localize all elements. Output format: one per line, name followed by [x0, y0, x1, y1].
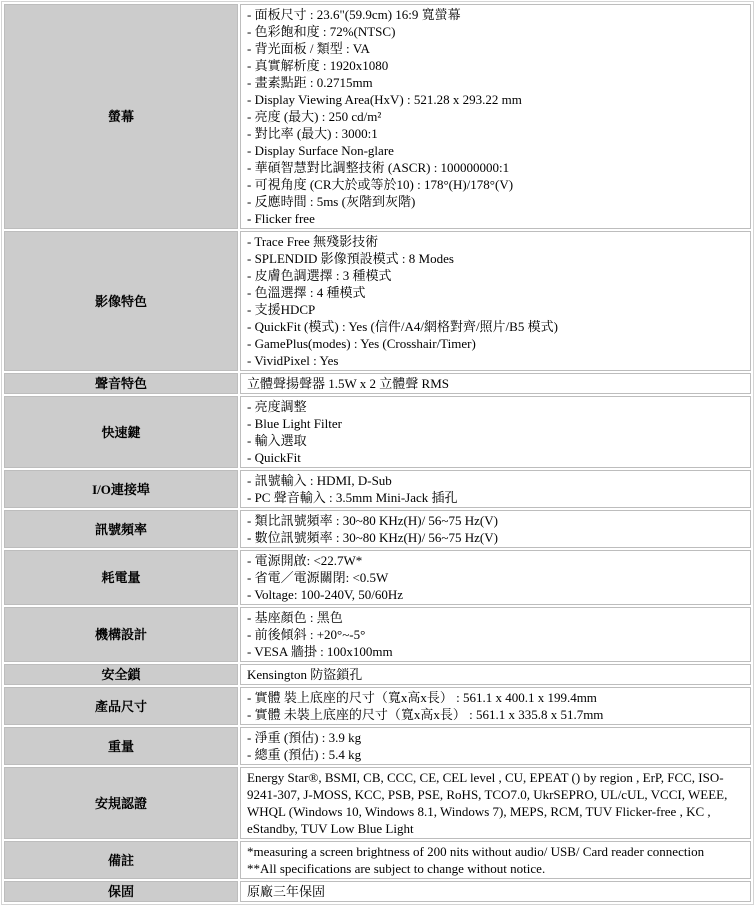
spec-category-label: 訊號頻率	[4, 510, 238, 548]
spec-line: - VividPixel : Yes	[247, 352, 744, 369]
spec-value-cell: - 面板尺寸 : 23.6"(59.9cm) 16:9 寬螢幕 - 色彩飽和度 …	[240, 4, 751, 229]
spec-line: - Display Viewing Area(HxV) : 521.28 x 2…	[247, 91, 744, 108]
spec-row-warranty: 保固 原廠三年保固	[4, 881, 751, 902]
spec-row-compliance: 安規認證 Energy Star®, BSMI, CB, CCC, CE, CE…	[4, 767, 751, 839]
spec-row-screen: 螢幕 - 面板尺寸 : 23.6"(59.9cm) 16:9 寬螢幕 - 色彩飽…	[4, 4, 751, 229]
spec-value-cell: - 實體 裝上底座的尺寸（寬x高x長） : 561.1 x 400.1 x 19…	[240, 687, 751, 725]
spec-line: - 皮膚色調選擇 : 3 種模式	[247, 267, 744, 284]
spec-value-cell: - 類比訊號頻率 : 30~80 KHz(H)/ 56~75 Hz(V) - 數…	[240, 510, 751, 548]
spec-line: - 前後傾斜 : +20°~-5°	[247, 626, 744, 643]
spec-value-cell: 立體聲揚聲器 1.5W x 2 立體聲 RMS	[240, 373, 751, 394]
spec-line: Energy Star®, BSMI, CB, CCC, CE, CEL lev…	[247, 769, 744, 837]
spec-line: - 實體 未裝上底座的尺寸（寬x高x長） : 561.1 x 335.8 x 5…	[247, 706, 744, 723]
spec-value-cell: - Trace Free 無殘影技術 - SPLENDID 影像預設模式 : 8…	[240, 231, 751, 371]
spec-value-cell: Energy Star®, BSMI, CB, CCC, CE, CEL lev…	[240, 767, 751, 839]
spec-line: - SPLENDID 影像預設模式 : 8 Modes	[247, 250, 744, 267]
spec-row-hotkeys: 快速鍵 - 亮度調整 - Blue Light Filter - 輸入選取 - …	[4, 396, 751, 468]
spec-line: - 淨重 (預估) : 3.9 kg	[247, 729, 744, 746]
spec-page: 螢幕 - 面板尺寸 : 23.6"(59.9cm) 16:9 寬螢幕 - 色彩飽…	[0, 0, 755, 906]
spec-line: - 電源開啟: <22.7W*	[247, 552, 744, 569]
spec-value-cell: - 電源開啟: <22.7W* - 省電／電源關閉: <0.5W - Volta…	[240, 550, 751, 605]
spec-line: - 類比訊號頻率 : 30~80 KHz(H)/ 56~75 Hz(V)	[247, 512, 744, 529]
spec-row-io-ports: I/O連接埠 - 訊號輸入 : HDMI, D-Sub - PC 聲音輸入 : …	[4, 470, 751, 508]
spec-line: - 畫素點距 : 0.2715mm	[247, 74, 744, 91]
spec-row-security-lock: 安全鎖 Kensington 防盜鎖孔	[4, 664, 751, 685]
spec-line: - QuickFit	[247, 449, 744, 466]
spec-value-cell: - 亮度調整 - Blue Light Filter - 輸入選取 - Quic…	[240, 396, 751, 468]
spec-category-label: 快速鍵	[4, 396, 238, 468]
spec-line: 原廠三年保固	[247, 883, 744, 900]
spec-row-power-consumption: 耗電量 - 電源開啟: <22.7W* - 省電／電源關閉: <0.5W - V…	[4, 550, 751, 605]
spec-category-label: 螢幕	[4, 4, 238, 229]
spec-line: - GamePlus(modes) : Yes (Crosshair/Timer…	[247, 335, 744, 352]
spec-line: - Trace Free 無殘影技術	[247, 233, 744, 250]
spec-line: - 可視角度 (CR大於或等於10) : 178°(H)/178°(V)	[247, 176, 744, 193]
spec-category-label: 保固	[4, 881, 238, 902]
spec-line: - 數位訊號頻率 : 30~80 KHz(H)/ 56~75 Hz(V)	[247, 529, 744, 546]
spec-category-label: 聲音特色	[4, 373, 238, 394]
spec-value-cell: *measuring a screen brightness of 200 ni…	[240, 841, 751, 879]
spec-line: - 華碩智慧對比調整技術 (ASCR) : 100000000:1	[247, 159, 744, 176]
spec-category-label: 安規認證	[4, 767, 238, 839]
spec-line: **All specifications are subject to chan…	[247, 860, 744, 877]
spec-category-label: 產品尺寸	[4, 687, 238, 725]
spec-line: - 支援HDCP	[247, 301, 744, 318]
spec-value-cell: Kensington 防盜鎖孔	[240, 664, 751, 685]
spec-row-mechanical-design: 機構設計 - 基座顏色 : 黑色 - 前後傾斜 : +20°~-5° - VES…	[4, 607, 751, 662]
spec-line: - PC 聲音輸入 : 3.5mm Mini-Jack 插孔	[247, 489, 744, 506]
spec-line: - 反應時間 : 5ms (灰階到灰階)	[247, 193, 744, 210]
spec-row-notes: 備註 *measuring a screen brightness of 200…	[4, 841, 751, 879]
spec-row-audio-features: 聲音特色 立體聲揚聲器 1.5W x 2 立體聲 RMS	[4, 373, 751, 394]
spec-category-label: 重量	[4, 727, 238, 765]
spec-category-label: 機構設計	[4, 607, 238, 662]
spec-line: - 色溫選擇 : 4 種模式	[247, 284, 744, 301]
spec-line: *measuring a screen brightness of 200 ni…	[247, 843, 744, 860]
spec-line: Kensington 防盜鎖孔	[247, 666, 744, 683]
spec-line: - 總重 (預估) : 5.4 kg	[247, 746, 744, 763]
spec-line: - Voltage: 100-240V, 50/60Hz	[247, 586, 744, 603]
spec-line: - 對比率 (最大) : 3000:1	[247, 125, 744, 142]
spec-category-label: 耗電量	[4, 550, 238, 605]
spec-row-video-features: 影像特色 - Trace Free 無殘影技術 - SPLENDID 影像預設模…	[4, 231, 751, 371]
spec-line: - 色彩飽和度 : 72%(NTSC)	[247, 23, 744, 40]
spec-line: - 真實解析度 : 1920x1080	[247, 57, 744, 74]
spec-line: - 實體 裝上底座的尺寸（寬x高x長） : 561.1 x 400.1 x 19…	[247, 689, 744, 706]
spec-value-cell: 原廠三年保固	[240, 881, 751, 902]
spec-line: - Display Surface Non-glare	[247, 142, 744, 159]
spec-line: - 省電／電源關閉: <0.5W	[247, 569, 744, 586]
spec-category-label: I/O連接埠	[4, 470, 238, 508]
spec-row-signal-frequency: 訊號頻率 - 類比訊號頻率 : 30~80 KHz(H)/ 56~75 Hz(V…	[4, 510, 751, 548]
spec-line: - 亮度 (最大) : 250 cd/m²	[247, 108, 744, 125]
spec-line: - Flicker free	[247, 210, 744, 227]
spec-row-dimensions: 產品尺寸 - 實體 裝上底座的尺寸（寬x高x長） : 561.1 x 400.1…	[4, 687, 751, 725]
spec-category-label: 備註	[4, 841, 238, 879]
spec-category-label: 影像特色	[4, 231, 238, 371]
spec-value-cell: - 訊號輸入 : HDMI, D-Sub - PC 聲音輸入 : 3.5mm M…	[240, 470, 751, 508]
spec-table: 螢幕 - 面板尺寸 : 23.6"(59.9cm) 16:9 寬螢幕 - 色彩飽…	[1, 1, 754, 905]
spec-line: - VESA 牆掛 : 100x100mm	[247, 643, 744, 660]
spec-line: - 面板尺寸 : 23.6"(59.9cm) 16:9 寬螢幕	[247, 6, 744, 23]
spec-line: - 基座顏色 : 黑色	[247, 609, 744, 626]
spec-value-cell: - 淨重 (預估) : 3.9 kg - 總重 (預估) : 5.4 kg	[240, 727, 751, 765]
spec-line: - Blue Light Filter	[247, 415, 744, 432]
spec-line: - 訊號輸入 : HDMI, D-Sub	[247, 472, 744, 489]
spec-value-cell: - 基座顏色 : 黑色 - 前後傾斜 : +20°~-5° - VESA 牆掛 …	[240, 607, 751, 662]
spec-line: - 輸入選取	[247, 432, 744, 449]
spec-line: - QuickFit (模式) : Yes (信件/A4/網格對齊/照片/B5 …	[247, 318, 744, 335]
spec-category-label: 安全鎖	[4, 664, 238, 685]
spec-line: 立體聲揚聲器 1.5W x 2 立體聲 RMS	[247, 375, 744, 392]
spec-line: - 亮度調整	[247, 398, 744, 415]
spec-line: - 背光面板 / 類型 : VA	[247, 40, 744, 57]
spec-row-weight: 重量 - 淨重 (預估) : 3.9 kg - 總重 (預估) : 5.4 kg	[4, 727, 751, 765]
